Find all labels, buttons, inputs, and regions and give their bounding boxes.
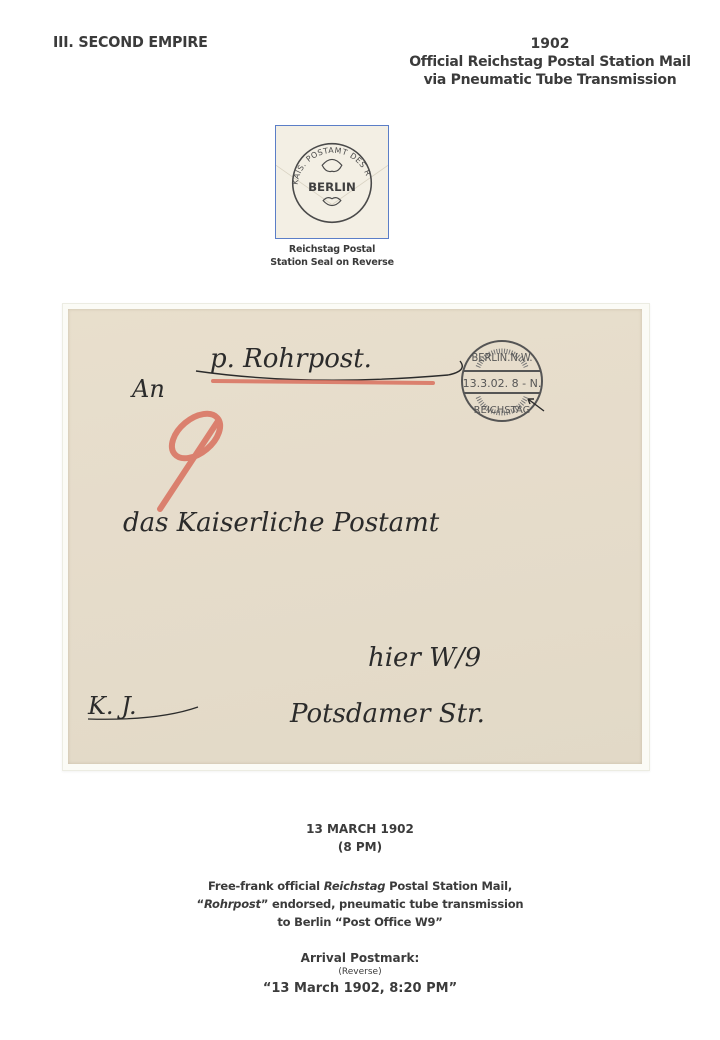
envelope-markings: p. Rohrpost. An BERLIN.N.W. 13.3.02. 8 -… xyxy=(68,309,642,764)
svg-text:KAIS. POSTAMT DES REICHSTAGS: KAIS. POSTAMT DES REICHSTAGS xyxy=(276,126,373,185)
berlin-reichstag-postmark: BERLIN.N.W. 13.3.02. 8 - N. REICHSTAG xyxy=(462,341,544,421)
caption-description: Free-frank official Reichstag Postal Sta… xyxy=(150,877,570,931)
page-header: 1902 Official Reichstag Postal Station M… xyxy=(400,36,700,89)
seal-thumbnail: KAIS. POSTAMT DES REICHSTAGS BERLIN xyxy=(275,125,389,239)
header-year: 1902 xyxy=(400,36,700,53)
section-title: III. SECOND EMPIRE xyxy=(53,33,208,51)
reichstag-seal-icon: KAIS. POSTAMT DES REICHSTAGS BERLIN xyxy=(276,126,388,238)
address-line3: hier W/9 xyxy=(368,643,481,673)
caption-date: 13 MARCH 1902 (8 PM) xyxy=(150,820,570,856)
postmark-bottom: REICHSTAG xyxy=(474,405,531,416)
address-line2: das Kaiserliche Postamt xyxy=(123,508,440,538)
seal-arc-text: KAIS. POSTAMT DES REICHSTAGS xyxy=(276,126,373,185)
envelope: p. Rohrpost. An BERLIN.N.W. 13.3.02. 8 -… xyxy=(68,309,642,764)
seal-caption: Reichstag Postal Station Seal on Reverse xyxy=(252,243,412,269)
seal-center-text: BERLIN xyxy=(308,180,356,194)
postmark-top: BERLIN.N.W. xyxy=(471,351,532,364)
rohrpost-endorsement: p. Rohrpost. xyxy=(210,344,372,374)
header-title-line2: via Pneumatic Tube Transmission xyxy=(400,71,700,89)
address-an: An xyxy=(130,375,165,403)
caption-arrival: Arrival Postmark: (Reverse) “13 March 19… xyxy=(150,950,570,998)
address-line4: Potsdamer Str. xyxy=(289,699,485,729)
postmark-date: 13.3.02. 8 - N. xyxy=(463,377,542,390)
header-title-line1: Official Reichstag Postal Station Mail xyxy=(400,53,700,71)
red-nine-mark xyxy=(160,405,228,509)
sender-initials: K. J. xyxy=(87,692,137,720)
